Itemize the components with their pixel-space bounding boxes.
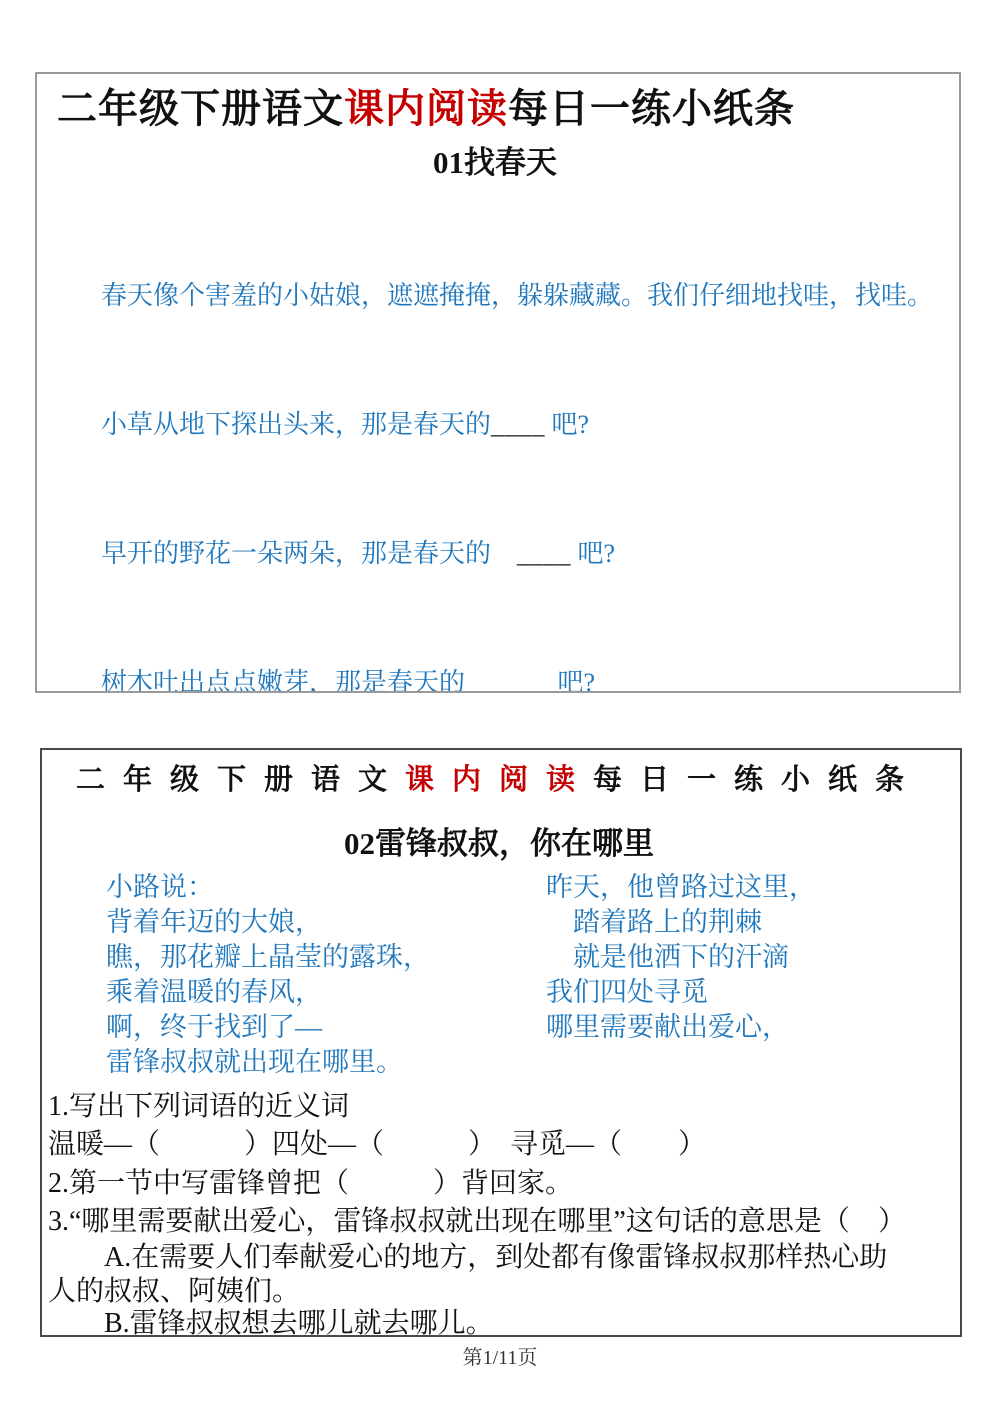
passage-line: 树木吐出点点嫩芽，那是春天的 ___吧? (101, 661, 945, 693)
section2-title: 二年级下册语文课内阅读每日一练小纸条 (48, 758, 950, 802)
section1-title-part2: 每日一练小纸条 (508, 86, 795, 131)
passage-line: 早开的野花一朵两朵，那是春天的 ____ 吧? (101, 532, 945, 575)
reading-passage-find-spring: 春天像个害羞的小姑娘，遮遮掩掩，躲躲藏藏。我们仔细地找哇，找哇。 小草从地下探出… (45, 188, 945, 693)
section2-question-2: 2.第一节中写雷锋曾把（ ）背回家。 (48, 1164, 950, 1203)
passage-suffix: 吧? (545, 410, 589, 439)
poem-line: 小路说： (106, 870, 546, 905)
poem-line: 就是他洒下的汗滴 (546, 940, 950, 975)
passage-text: 春天像个害羞的小姑娘，遮遮掩掩，躲躲藏藏。我们仔细地找哇，找哇。 (101, 281, 933, 310)
passage-suffix: 吧? (571, 539, 615, 568)
passage-line: 小草从地下探出头来，那是春天的____ 吧? (101, 403, 945, 446)
section2-question-3: 3.“哪里需要献出爱心，雷锋叔叔就出现在哪里”这句话的意思是（ ） (48, 1203, 950, 1241)
poem-line: 昨天，他曾路过这里， (546, 870, 950, 905)
fill-blank: ____ (517, 539, 571, 568)
passage-line: 春天像个害羞的小姑娘，遮遮掩掩，躲躲藏藏。我们仔细地找哇，找哇。 (101, 274, 945, 317)
section2-option-a-line1: A.在需要人们奉献爱心的地方，到处都有像雷锋叔叔那样热心助 (48, 1241, 950, 1275)
section2-question-1-blanks: 温暖—（ ）四处—（ ） 寻觅—（ ） (48, 1125, 950, 1164)
worksheet-card-02: 二年级下册语文课内阅读每日一练小纸条 02雷锋叔叔，你在哪里 小路说： 背着年迈… (40, 748, 962, 1337)
poem-left-column: 小路说： 背着年迈的大娘， 瞧，那花瓣上晶莹的露珠， 乘着温暖的春风， 啊，终于… (106, 870, 546, 1080)
poem-line: 瞧，那花瓣上晶莹的露珠， (106, 940, 546, 975)
fill-blank: ____ (491, 410, 545, 439)
page-number: 第1/11页 (0, 1344, 1000, 1372)
poem-line: 哪里需要献出爱心， (546, 1010, 950, 1045)
section1-title-highlight: 课内阅读 (344, 86, 508, 131)
section1-title: 二年级下册语文课内阅读每日一练小纸条 (57, 82, 945, 136)
passage-suffix: 吧? (558, 668, 596, 693)
poem-line: 雷锋叔叔就出现在哪里。 (106, 1045, 546, 1080)
section2-title-highlight: 课内阅读 (405, 764, 593, 796)
worksheet-card-01: 二年级下册语文课内阅读每日一练小纸条 01找春天 春天像个害羞的小姑娘，遮遮掩掩… (35, 72, 961, 693)
poem-line: 背着年迈的大娘， (106, 905, 546, 940)
section2-title-part2: 每日一练小纸条 (593, 764, 922, 796)
poem-line: 乘着温暖的春风， (106, 975, 546, 1010)
section1-subtitle: 01找春天 (45, 144, 945, 182)
section2-question-1: 1.写出下列词语的近义词 (48, 1088, 950, 1125)
passage-text: 早开的野花一朵两朵，那是春天的 (101, 539, 517, 568)
section2-option-a-line2: 人的叔叔、阿姨们。 (48, 1275, 950, 1309)
section1-title-part1: 二年级下册语文 (57, 86, 344, 131)
passage-text: 小草从地下探出头来，那是春天的 (101, 410, 491, 439)
poem-line: 我们四处寻觅 (546, 975, 950, 1010)
section2-title-part1: 二年级下册语文 (76, 764, 405, 796)
section2-subtitle: 02雷锋叔叔，你在哪里 (48, 824, 950, 864)
section2-option-b: B.雷锋叔叔想去哪儿就去哪儿。 (48, 1309, 950, 1337)
passage-text: 树木吐出点点嫩芽，那是春天的 (101, 668, 517, 693)
poem-lei-feng: 小路说： 背着年迈的大娘， 瞧，那花瓣上晶莹的露珠， 乘着温暖的春风， 啊，终于… (48, 870, 950, 1080)
poem-line: 踏着路上的荆棘 (546, 905, 950, 940)
fill-blank: ___ (517, 668, 558, 693)
poem-line: 啊，终于找到了— (106, 1010, 546, 1045)
poem-right-column: 昨天，他曾路过这里， 踏着路上的荆棘 就是他洒下的汗滴 我们四处寻觅 哪里需要献… (546, 870, 950, 1080)
